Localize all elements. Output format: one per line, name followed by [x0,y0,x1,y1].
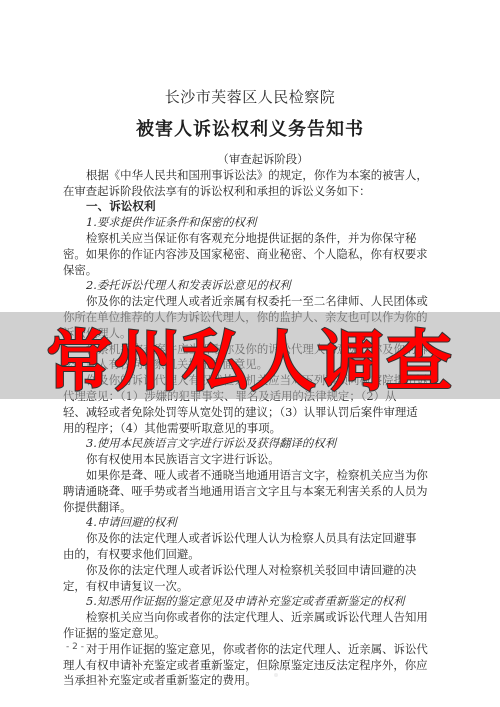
item-1-text-line: 检察机关应当保证你有客观充分地提供证据的条件，并为你保守秘 [63,231,463,247]
stage-label: （审查起诉阶段） [63,152,463,168]
intro-line-1: 根据《中华人民共和国刑事诉讼法》的规定，你作为本案的被害人， [63,168,463,184]
section-heading-rights: 一、诉讼权利 [63,199,463,215]
document-body: （审查起诉阶段） 根据《中华人民共和国刑事诉讼法》的规定，你作为本案的被害人， … [63,152,463,689]
item-3-text-line: 你提供翻译。 [63,500,463,516]
item-3-heading: 3.使用本民族语言文字进行诉讼及获得翻译的权利 [63,436,463,452]
intro-line-2: 在审查起诉阶段依法享有的诉讼权利和承担的诉讼义务如下： [63,184,463,200]
item-3-text-line: 如果你是聋、哑人或者不通晓当地通用语言文字，检察机关应当为你 [63,468,463,484]
document-title: 被害人诉讼权利义务告知书 [0,115,500,141]
item-5-text-line: 检察机关应当向你或者你的法定代理人、近亲属或诉讼代理人告知用 [63,610,463,626]
document-page: 长沙市芙蓉区人民检察院 被害人诉讼权利义务告知书 （审查起诉阶段） 根据《中华人… [0,0,500,707]
item-5-text-line: 作证据的鉴定意见。 [63,626,463,642]
item-4-heading: 4.申请回避的权利 [63,515,463,531]
item-2-text-line: 用的程序；（4）其他需要听取意见的事项。 [63,421,463,437]
watermark-text: 常州私人调查 [0,312,500,399]
item-2-text-line: 轻、减轻或者免除处罚等从宽处罚的建议；（3）认罪认罚后案件审理适 [63,405,463,421]
item-1-heading: 1.要求提供作证条件和保密的权利 [63,215,463,231]
item-1-text-line: 保密。 [63,263,463,279]
item-2-heading: 2.委托诉讼代理人和发表诉讼意见的权利 [63,278,463,294]
scan-artifact [274,673,278,677]
page-number: - 2 - [66,642,84,652]
item-5-text-line: 理人有权申请补充鉴定或者重新鉴定，但除原鉴定违反法定程序外，你应 [63,658,463,674]
organization-name: 长沙市芙蓉区人民检察院 [0,86,500,107]
item-4-text-line: 你及你的法定代理人或者诉讼代理人对检察机关驳回申请回避的决 [63,563,463,579]
item-4-text-line: 定，有权申请复议一次。 [63,579,463,595]
item-5-text-line: 对于用作证据的鉴定意见，你或者你的法定代理人、近亲属、诉讼代 [63,642,463,658]
item-4-text-line: 由的，有权要求他们回避。 [63,547,463,563]
item-4-text-line: 你及你的法定代理人或者诉讼代理人认为检察人员具有法定回避事 [63,531,463,547]
item-3-text-line: 聘请通晓聋、哑手势或者当地通用语言文字且与本案无利害关系的人员为 [63,484,463,500]
item-5-text-line: 当承担补充鉴定或者重新鉴定的费用。 [63,673,463,689]
item-5-heading: 5.知悉用作证据的鉴定意见及申请补充鉴定或者重新鉴定的权利 [63,594,463,610]
item-3-text-line: 你有权使用本民族语言文字进行诉讼。 [63,452,463,468]
item-1-text-line: 密。如果你的作证内容涉及国家秘密、商业秘密、个人隐私，你有权要求 [63,247,463,263]
